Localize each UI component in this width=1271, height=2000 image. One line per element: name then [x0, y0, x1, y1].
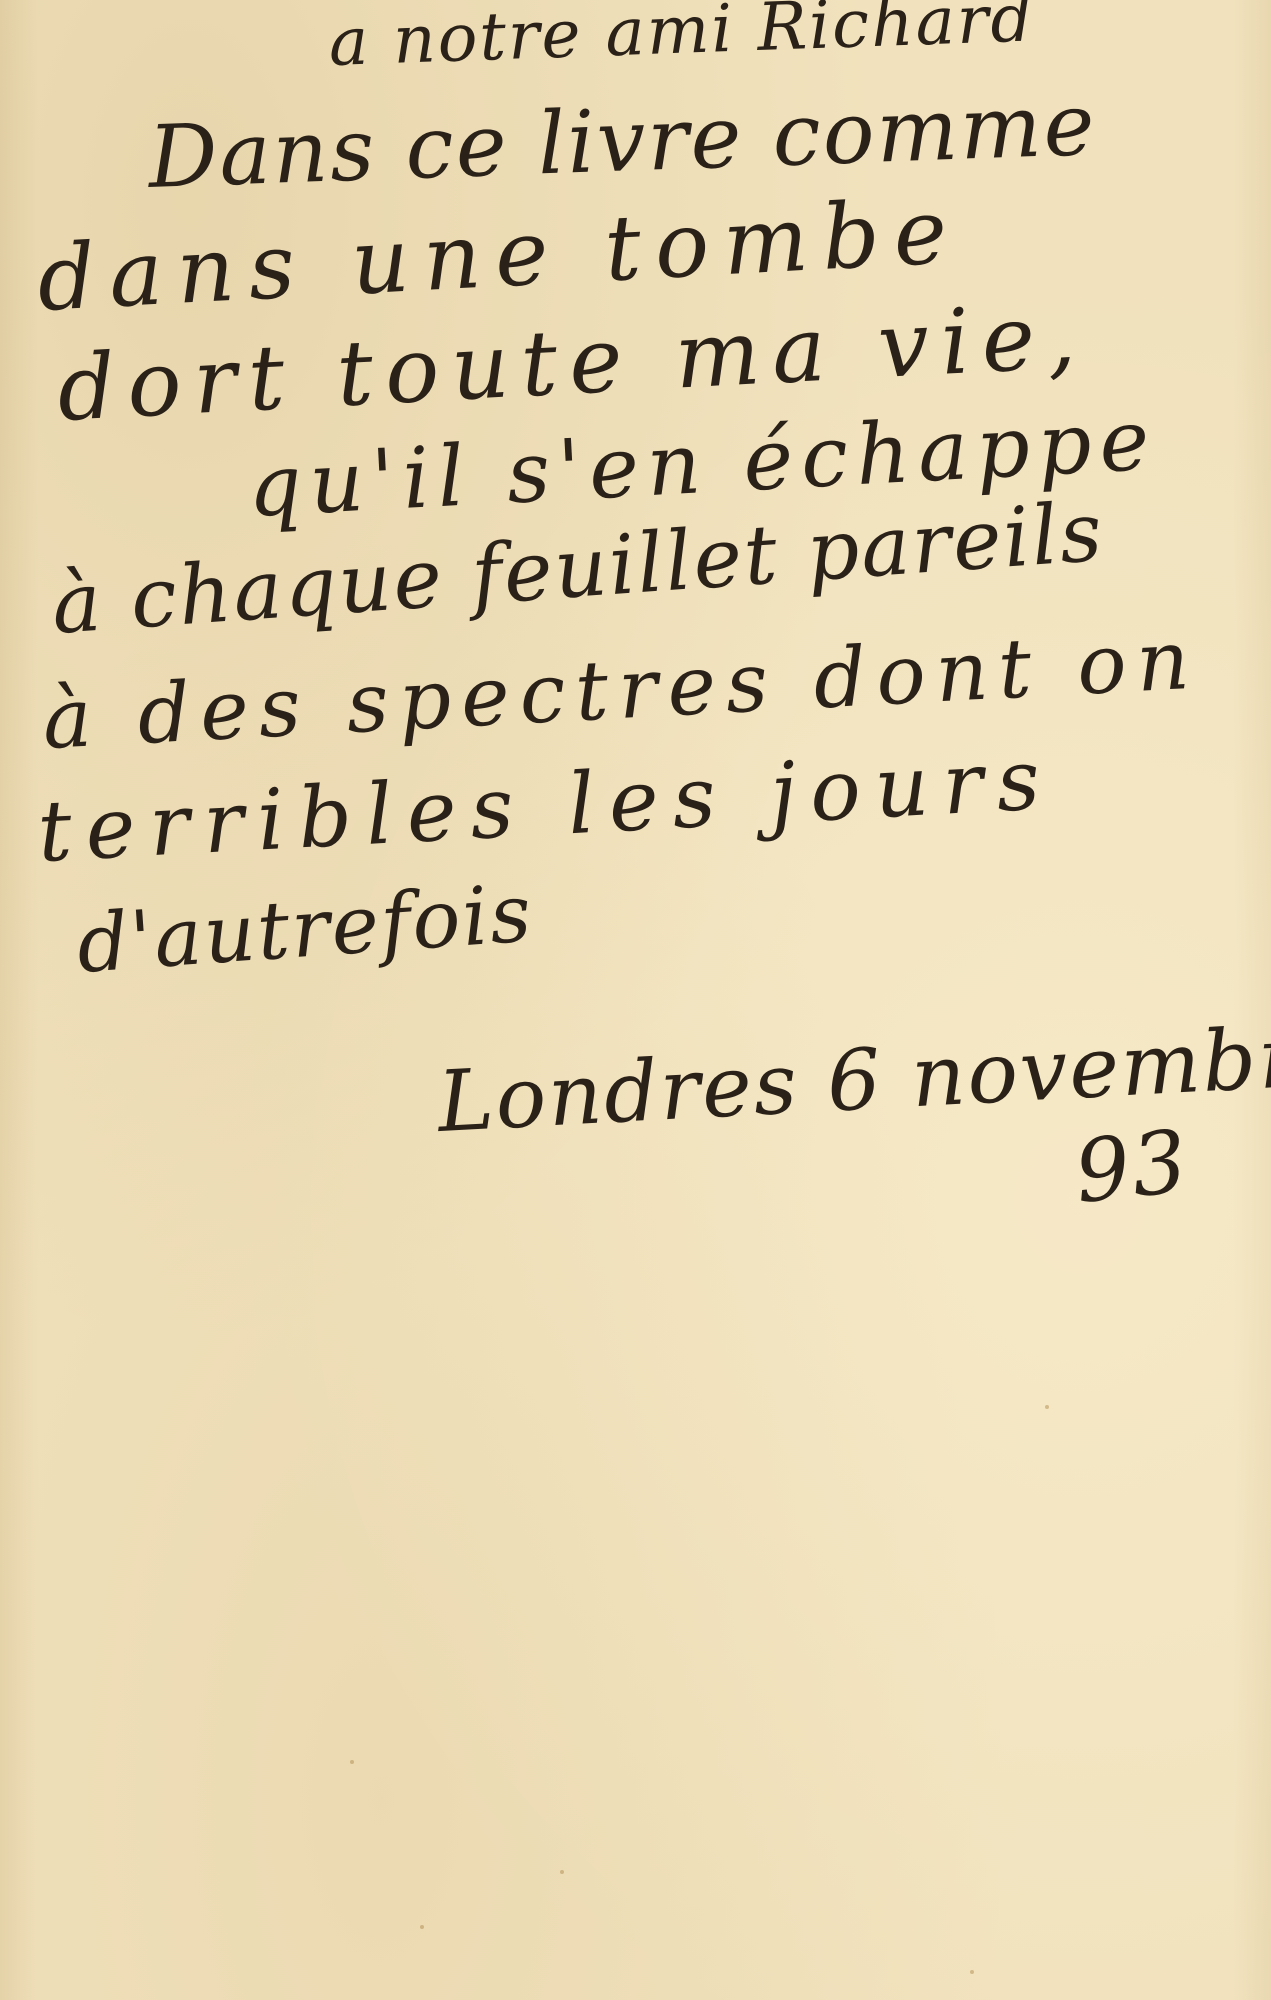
- paper-fleck: [420, 1925, 424, 1929]
- paper-fleck: [970, 1970, 974, 1974]
- handwritten-page: a notre ami Richard Dans ce livre comme …: [0, 0, 1271, 2000]
- year-line: 93: [1071, 1119, 1193, 1216]
- paper-fleck: [560, 1870, 564, 1874]
- paper-fleck: [1045, 1405, 1049, 1409]
- dedication-line: a notre ami Richard: [328, 0, 1036, 76]
- paper-fleck: [350, 1760, 354, 1764]
- text-line-8: d'autrefois: [74, 873, 535, 985]
